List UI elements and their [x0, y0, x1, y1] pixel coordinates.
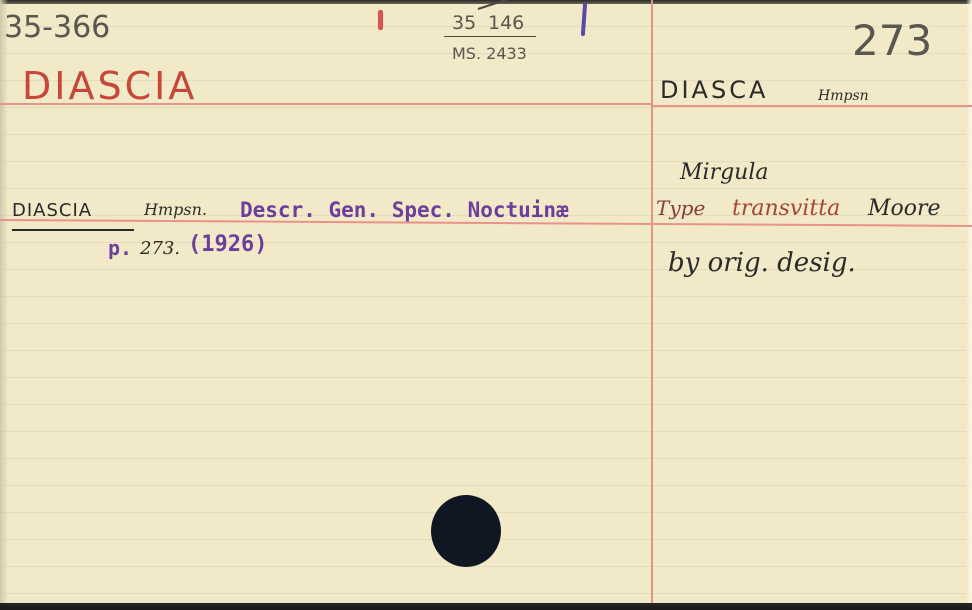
right-edge: [966, 0, 972, 606]
citation-page: 273.: [140, 238, 180, 259]
index-card: 35-366 DIASCIA 35 146 MS. 2433 273 DIASC…: [0, 0, 972, 606]
citation-genus: DIASCIA: [12, 200, 92, 221]
purple-tab-mark: [581, 2, 587, 36]
type-designation: by orig. desig.: [668, 248, 856, 278]
type-author: Moore: [868, 196, 941, 221]
page-number: 273: [852, 16, 932, 65]
catalog-number: 35-366: [4, 10, 110, 45]
fraction-line: [444, 36, 536, 37]
citation-work: Descr. Gen. Spec. Noctuinæ: [240, 198, 569, 222]
genus-title: DIASCIA: [22, 64, 197, 108]
citation-page-prefix: p.: [108, 236, 132, 260]
margin-rule: [651, 0, 653, 606]
punch-hole: [431, 495, 501, 567]
ref-denominator: MS. 2433: [452, 44, 527, 63]
type-species-above: Mirgula: [680, 160, 768, 185]
citation-genus-underline: [12, 229, 134, 231]
red-tab-mark: [378, 10, 383, 30]
citation-year: (1926): [188, 232, 267, 257]
right-genus: DIASCA: [660, 76, 768, 104]
header-rule-right: [652, 105, 972, 107]
ref-numerator-struck: 146: [488, 12, 524, 34]
type-species: transvitta: [732, 196, 840, 221]
bottom-edge-shadow: [0, 603, 972, 606]
left-edge: [0, 0, 8, 606]
citation-author: Hmpsn.: [144, 200, 207, 219]
type-label: Type: [656, 196, 705, 220]
right-author: Hmpsn: [818, 88, 869, 104]
ref-numerator: 35: [452, 12, 476, 34]
top-edge-shadow: [0, 0, 972, 4]
